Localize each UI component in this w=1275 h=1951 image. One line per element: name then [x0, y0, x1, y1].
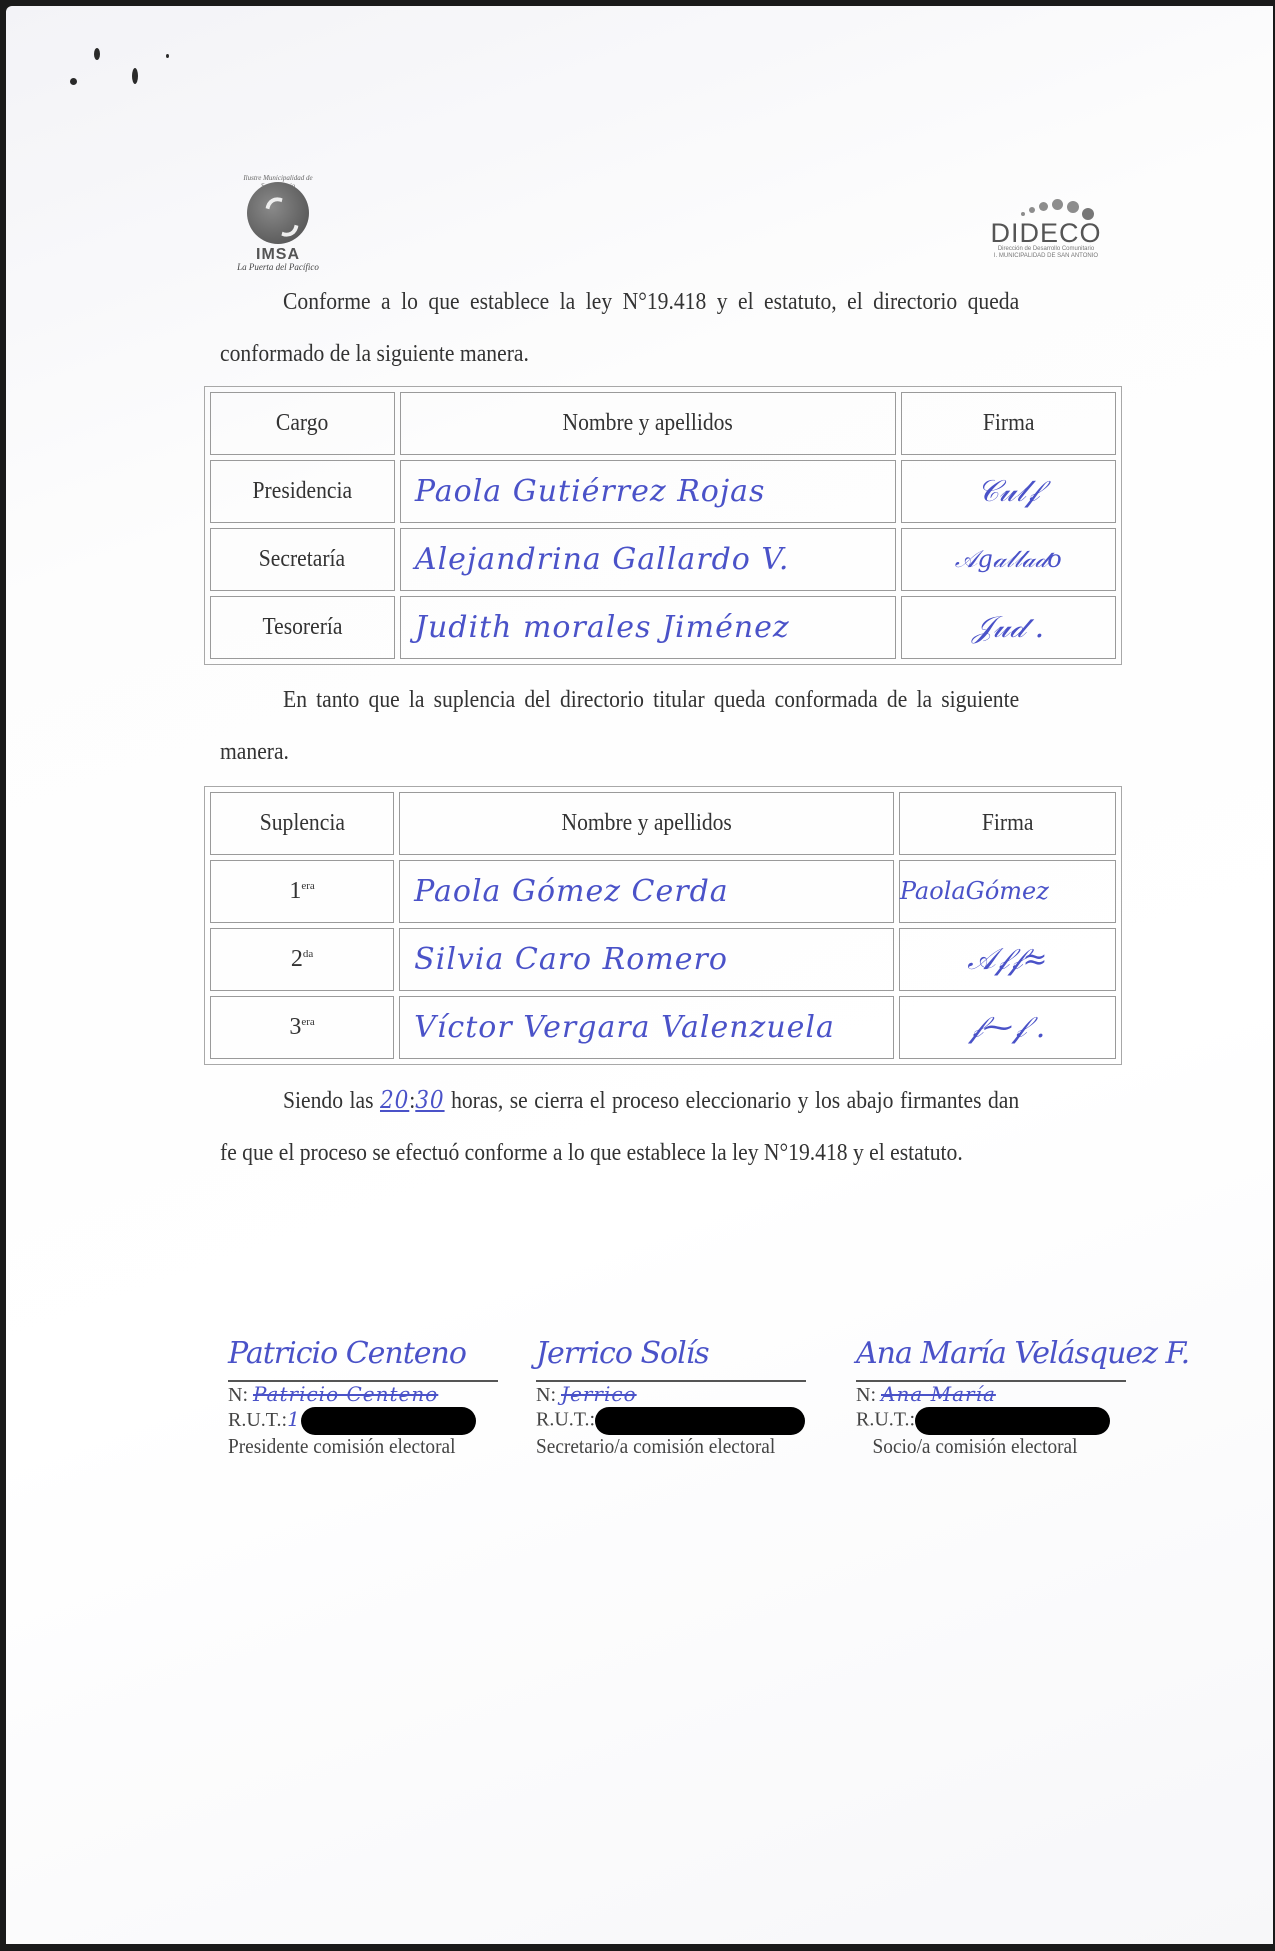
table-row: 1era Paola Gómez Cerda PaolaGómez: [210, 860, 1116, 923]
role-label: Socio/a comisión electoral: [856, 1434, 1123, 1459]
table-header-row: Cargo Nombre y apellidos Firma: [210, 392, 1116, 455]
header-nombre: Nombre y apellidos: [400, 392, 896, 455]
suplencia-number: 3era: [210, 996, 394, 1059]
signature-scribble: 𝒜𝒻𝒻≈: [967, 942, 1047, 977]
table-row: Secretaría Alejandrina Gallardo V. 𝒜𝑔𝒶𝓁𝓁…: [210, 528, 1116, 591]
suplencia-number: 1era: [210, 860, 394, 923]
closing-prefix: Siendo las: [283, 1088, 373, 1114]
header-cargo: Cargo: [210, 392, 395, 455]
suplencia-number: 2da: [210, 928, 394, 991]
signature-scribble: 𝒻⁓𝒻 .: [970, 1010, 1046, 1045]
firma-cell: 𝒥𝓊𝒹 .: [901, 596, 1117, 659]
redaction-bar: [595, 1407, 805, 1435]
cargo-cell: Secretaría: [210, 528, 395, 591]
signature-scribble: 𝒞𝓊𝓁𝒻: [977, 474, 1039, 509]
role-label: Secretario/a comisión electoral: [536, 1434, 803, 1459]
header-firma: Firma: [899, 792, 1116, 855]
signature-scribble: 𝒥𝓊𝒹 .: [972, 610, 1044, 645]
header-nombre: Nombre y apellidos: [399, 792, 894, 855]
dideco-logo: DIDECO Dirección de Desarrollo Comunitar…: [981, 196, 1111, 276]
signer-presidente: Patricio Centeno N: Patricio Centeno R.U…: [228, 1336, 518, 1459]
firma-cell: 𝒞𝓊𝓁𝒻: [901, 460, 1117, 523]
rut-row: R.U.T.:: [856, 1407, 1146, 1432]
nombre-cell: Paola Gutiérrez Rojas: [400, 460, 896, 523]
dideco-subtitle-2: I. MUNICIPALIDAD DE SAN ANTONIO: [981, 253, 1111, 260]
closing-paragraph: Siendo las 20:30 horas, se cierra el pro…: [220, 1074, 1019, 1179]
table-row: 2da Silvia Caro Romero 𝒜𝒻𝒻≈: [210, 928, 1116, 991]
dideco-name: DIDECO: [981, 220, 1111, 246]
header-suplencia: Suplencia: [210, 792, 394, 855]
intro-paragraph: Conforme a lo que establece la ley N°19.…: [220, 276, 1019, 380]
nombre-cell: Silvia Caro Romero: [399, 928, 894, 991]
dideco-dots-icon: [981, 196, 1111, 220]
intro-text: Conforme a lo que establece la ley N°19.…: [220, 289, 1019, 367]
signature-scribble: PaolaGómez: [900, 877, 1049, 905]
imsa-logo: Ilustre Municipalidad de San Antonio IMS…: [218, 174, 338, 279]
cargo-cell: Tesorería: [210, 596, 395, 659]
scan-mark: [70, 78, 77, 85]
redaction-bar: [301, 1407, 476, 1435]
scan-mark: [166, 54, 169, 58]
suplencia-paragraph: En tanto que la suplencia del directorio…: [220, 674, 1019, 778]
suplencia-text: En tanto que la suplencia del directorio…: [220, 687, 1019, 765]
scanned-page: Ilustre Municipalidad de San Antonio IMS…: [6, 6, 1273, 1944]
signature: Ana María Velásquez F.: [856, 1336, 1146, 1380]
table-row: Presidencia Paola Gutiérrez Rojas 𝒞𝓊𝓁𝒻: [210, 460, 1116, 523]
nombre-cell: Víctor Vergara Valenzuela: [399, 996, 894, 1059]
rut-row: R.U.T.:1: [228, 1407, 518, 1432]
table-row: Tesorería Judith morales Jiménez 𝒥𝓊𝒹 .: [210, 596, 1116, 659]
nombre-cell: Paola Gómez Cerda: [399, 860, 894, 923]
cargo-cell: Presidencia: [210, 460, 395, 523]
nombre-cell: Judith morales Jiménez: [400, 596, 896, 659]
nombre-cell: Alejandrina Gallardo V.: [400, 528, 896, 591]
name-row: N: Ana María: [856, 1382, 1146, 1407]
redaction-bar: [915, 1407, 1110, 1435]
imsa-tagline: La Puerta del Pacífico: [218, 262, 338, 272]
table-header-row: Suplencia Nombre y apellidos Firma: [210, 792, 1116, 855]
directorio-table: Cargo Nombre y apellidos Firma Presidenc…: [204, 386, 1122, 665]
table-row: 3era Víctor Vergara Valenzuela 𝒻⁓𝒻 .: [210, 996, 1116, 1059]
signature-scribble: 𝒜𝑔𝒶𝓁𝓁𝒶𝒹𝑜: [955, 545, 1062, 573]
scan-mark: [132, 68, 138, 84]
header-firma: Firma: [901, 392, 1117, 455]
closing-hour: 20: [380, 1086, 409, 1114]
name-row: N: Patricio Centeno: [228, 1382, 518, 1407]
name-row: N: Jerrico: [536, 1382, 826, 1407]
firma-cell: 𝒻⁓𝒻 .: [899, 996, 1116, 1059]
scan-mark: [94, 48, 100, 60]
firma-cell: 𝒜𝒻𝒻≈: [899, 928, 1116, 991]
signer-socio: Ana María Velásquez F. N: Ana María R.U.…: [856, 1336, 1146, 1459]
firma-cell: 𝒜𝑔𝒶𝓁𝓁𝒶𝒹𝑜: [901, 528, 1117, 591]
imsa-emblem-icon: [247, 182, 309, 244]
firma-cell: PaolaGómez: [899, 860, 1116, 923]
closing-minute: 30: [415, 1086, 444, 1114]
signature: Jerrico Solís: [536, 1336, 826, 1380]
signature: Patricio Centeno: [228, 1336, 518, 1380]
suplencia-table: Suplencia Nombre y apellidos Firma 1era …: [204, 786, 1122, 1065]
role-label: Presidente comisión electoral: [228, 1434, 495, 1459]
rut-row: R.U.T.:: [536, 1407, 826, 1432]
signer-secretario: Jerrico Solís N: Jerrico R.U.T.: Secreta…: [536, 1336, 826, 1459]
dideco-subtitle-1: Dirección de Desarrollo Comunitario: [981, 246, 1111, 253]
